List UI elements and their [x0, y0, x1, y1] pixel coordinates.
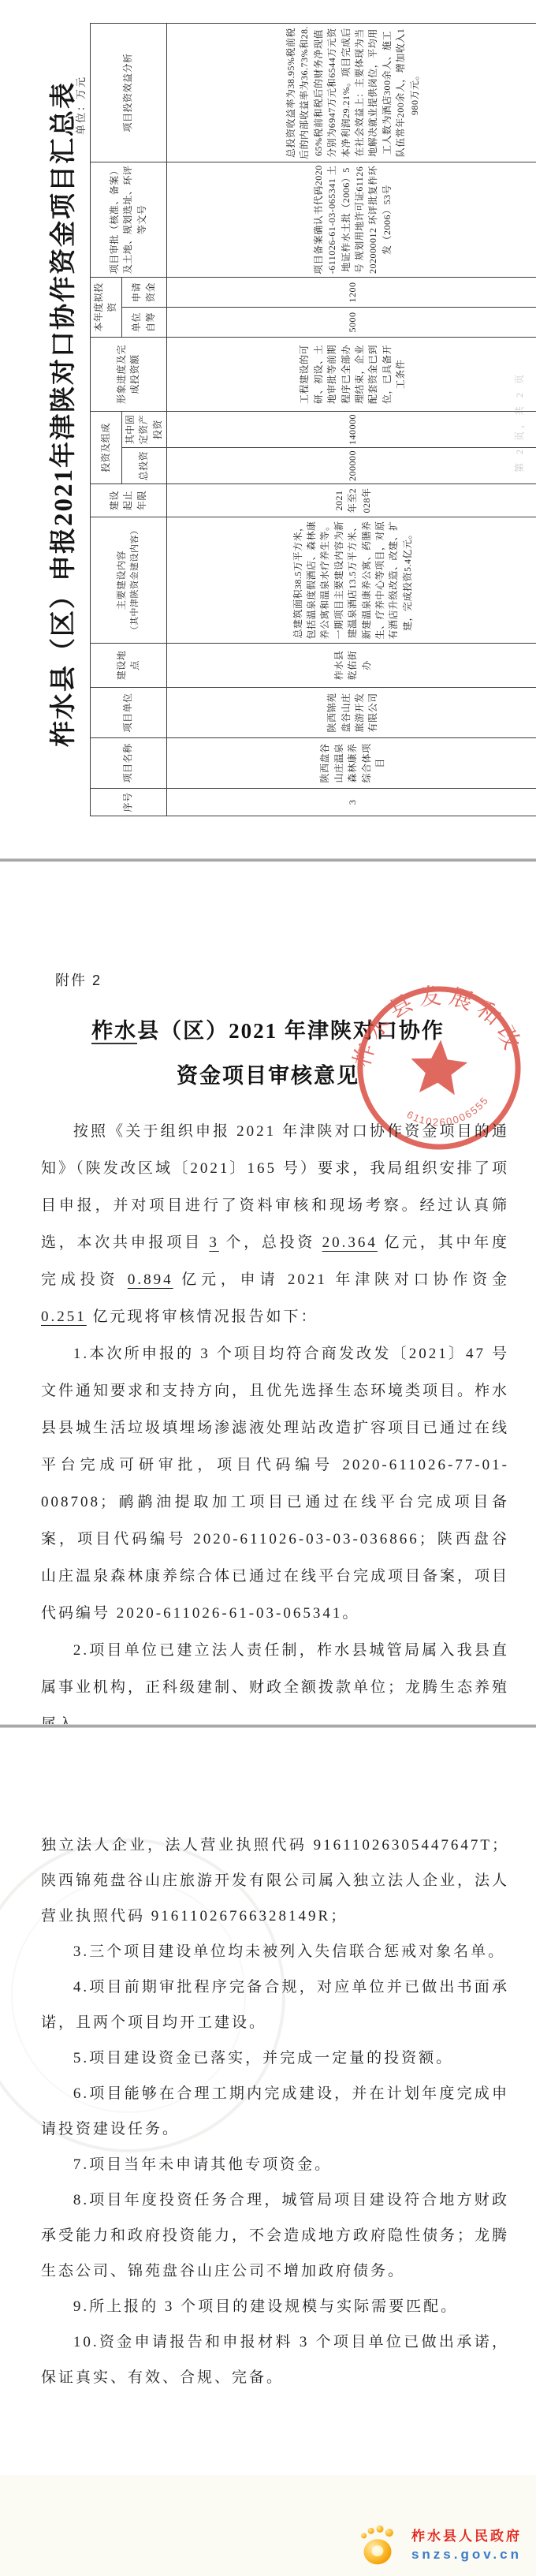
cell-site: 柞水县乾佑街办 [166, 644, 536, 688]
site-text: 柞水县人民政府 snzs.gov.cn [411, 2528, 522, 2564]
page-audit-opinion-1: 附件 2 柞水县（区）2021 年津陕对口协作 资金项目审核意见 柞水县发展和改… [0, 862, 536, 1724]
col-header-content-main: 主要建设内容 [116, 551, 127, 610]
intro-seg4: 亿元，申请 2021 年津陕对口协作资金 [173, 1271, 509, 1288]
col-header-self-fund: 单位自筹 [121, 307, 166, 337]
page-summary-table: 柞水县（区）申报2021年津陕对口协作资金项目汇总表 单位：万元 序号 项目名称… [0, 0, 536, 858]
document-body-page3: 独立法人企业，法人营业执照代码 91611026305447647T；陕西锦苑盘… [41, 1827, 509, 2395]
site-url: snzs.gov.cn [411, 2546, 522, 2564]
col-group-year-invest: 本年度拟投资 [91, 277, 122, 337]
item-4-paragraph: 4.项目前期审批程序完备合规，对应单位并已做出书面承诺，且两个项目均开工建设。 [41, 1969, 509, 2040]
intro-seg5: 亿元现将审核情况报告如下： [87, 1309, 318, 1325]
title-line1-rest: 县（区）2021 年津陕对口协作 [137, 1019, 445, 1043]
col-header-apply-fund: 申请资金 [121, 277, 166, 307]
intro-num-annual-investment: 0.894 [128, 1271, 173, 1288]
page-number-note: 第 2 页，共 2 页 [512, 24, 526, 820]
item-7-paragraph: 7.项目当年未申请其他专项资金。 [41, 2147, 509, 2182]
scanned-document: 柞水县（区）申报2021年津陕对口协作资金项目汇总表 单位：万元 序号 项目名称… [0, 0, 536, 2576]
col-header-progress: 形象进度及完成投资额 [91, 337, 167, 411]
intro-num-total-investment: 20.364 [322, 1234, 378, 1251]
title-underlined-part: 柞水 [91, 1019, 137, 1044]
col-header-benefit: 项目投资效益分析 [91, 23, 167, 162]
intro-paragraph: 按照《关于组织申报 2021 年津陕对口协作资金项目的通知》（陕发改区域〔202… [41, 1113, 509, 1335]
cell-progress: 工程建设的可研、初设、土地审批等前期程序已全部办理结束，企业配套资金已到位，已具… [166, 337, 536, 411]
government-site-logo: 柞水县人民政府 snzs.gov.cn [359, 2526, 522, 2567]
document-title-line1: 柞水县（区）2021 年津陕对口协作 [0, 1009, 536, 1054]
col-header-name: 项目名称 [91, 738, 167, 789]
col-header-years: 建设起止年限 [91, 484, 167, 517]
col-header-site: 建设地点 [91, 644, 167, 688]
col-header-content: 主要建设内容 （其中津陕资金建设内容） [91, 517, 167, 644]
item-8-paragraph: 8.项目年度投资任务合理，城管局项目建设符合地方财政承受能力和政府投资能力，不会… [41, 2182, 509, 2289]
item-2-paragraph-part2: 独立法人企业，法人营业执照代码 91611026305447647T；陕西锦苑盘… [41, 1827, 509, 1934]
intro-seg2: 个，总投资 [219, 1234, 322, 1251]
col-header-invest-fixed: 其中固定资产投资 [121, 411, 166, 447]
intro-num-projects: 3 [209, 1234, 219, 1251]
intro-num-applied-fund: 0.251 [41, 1309, 87, 1325]
document-body-page2: 按照《关于组织申报 2021 年津陕对口协作资金项目的通知》（陕发改区域〔202… [41, 1113, 509, 1724]
item-1-paragraph: 1.本次所申报的 3 个项目均符合商发改发〔2021〕47 号文件通知要求和支持… [41, 1335, 509, 1632]
item-2-paragraph-part1: 2.项目单位已建立法人责任制，柞水县城管局属入我县直属事业机构，正科级建制、财政… [41, 1632, 509, 1724]
document-title-line2: 资金项目审核意见 [0, 1054, 536, 1099]
col-header-approval: 项目审批（核准、备案）及土地、规划选址、环评等文号 [91, 162, 167, 277]
item-6-paragraph: 6.项目能够在合理工期内完成建设，并在计划年度完成申请投资建设任务。 [41, 2076, 509, 2147]
col-header-org: 项目单位 [91, 688, 167, 738]
document-title: 柞水县（区）2021 年津陕对口协作 资金项目审核意见 [0, 1009, 536, 1099]
cell-benefit: 总投资收益率为38.95%税前税后的内部收益率为36.73%和28.65%税前和… [166, 23, 536, 162]
unit-note: 单位：万元 [73, 76, 87, 135]
cell-content: 总建筑面积38.5万平方米，包括温泉度假酒店、森林康养公寓和温泉水疗养生等。一期… [166, 517, 536, 644]
cell-project-org: 陕西锦苑盘谷山庄旅游开发有限公司 [166, 688, 536, 738]
col-header-content-sub: （其中津陕资金建设内容） [129, 520, 142, 640]
cell-apply-fund: 1200 [166, 277, 536, 307]
rotated-table-sheet: 柞水县（区）申报2021年津陕对口协作资金项目汇总表 单位：万元 序号 项目名称… [39, 8, 536, 820]
col-group-invest: 投资及组成 [91, 411, 122, 483]
item-5-paragraph: 5.项目建设资金已落实，并完成一定量的投资额。 [41, 2040, 509, 2076]
col-header-seq: 序号 [91, 789, 167, 816]
table-row: 3 陕西盘谷山庄温泉森林康养综合体项目 陕西锦苑盘谷山庄旅游开发有限公司 柞水县… [166, 23, 536, 816]
cell-project-name: 陕西盘谷山庄温泉森林康养综合体项目 [166, 738, 536, 789]
page-audit-opinion-2: 独立法人企业，法人营业执照代码 91611026305447647T；陕西锦苑盘… [0, 1728, 536, 2576]
footprint-icon [358, 2524, 402, 2568]
col-header-invest-total: 总投资 [121, 448, 166, 484]
cell-self-fund: 5000 [166, 307, 536, 337]
item-10-paragraph: 10.资金申请报告和申报材料 3 个项目单位已做出承诺，保证真实、有效、合规、完… [41, 2324, 509, 2395]
item-3-paragraph: 3.三个项目建设单位均未被列入失信联合惩戒对象名单。 [41, 1934, 509, 1969]
cell-seq: 3 [166, 789, 536, 816]
intro-seg1: 按照《关于组织申报 2021 年津陕对口协作资金项目的通知》（陕发改区域〔202… [41, 1123, 509, 1251]
attachment-label: 附件 2 [55, 969, 102, 990]
footer-band: 柞水县人民政府 snzs.gov.cn [0, 2475, 536, 2576]
cell-approval: 项目备案确认书代码2020-611026-61-03-065341 土地证柞水土… [166, 162, 536, 277]
site-name: 柞水县人民政府 [411, 2528, 522, 2546]
item-9-paragraph: 9.所上报的 3 个项目的建设规模与实际需要匹配。 [41, 2289, 509, 2324]
cell-years: 2021年至2028年 [166, 484, 536, 517]
cell-invest-total: 200000 [166, 448, 536, 484]
cell-invest-fixed: 140000 [166, 411, 536, 447]
project-summary-table: 序号 项目名称 项目单位 建设地点 主要建设内容 （其中津陕资金建设内容） 建设… [90, 23, 536, 816]
